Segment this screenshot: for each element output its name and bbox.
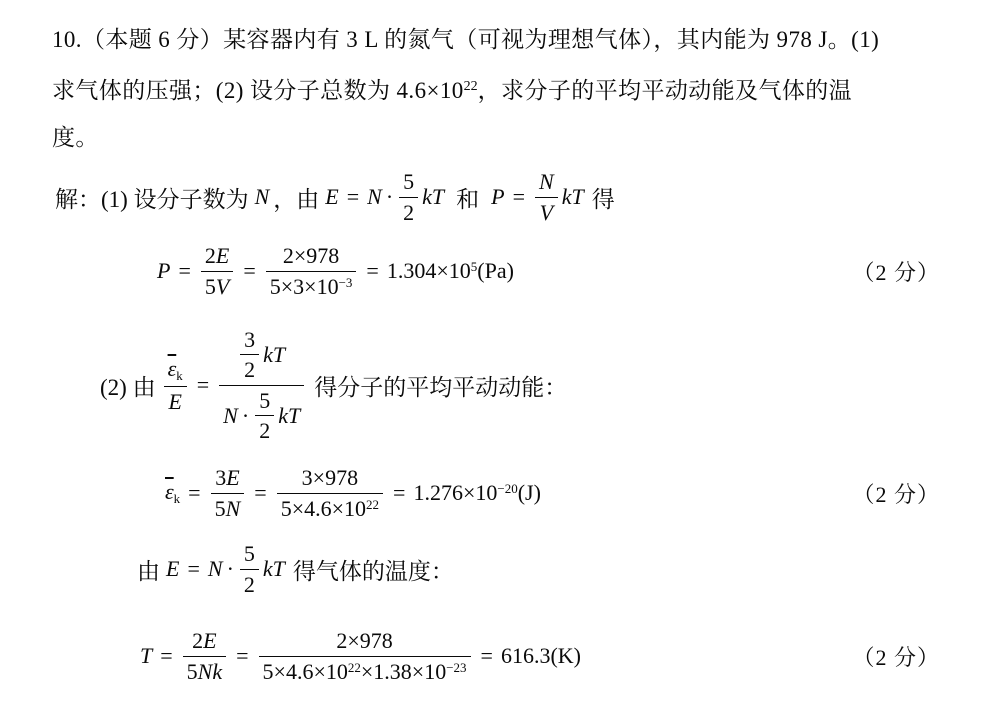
- coefficient: 2: [205, 243, 216, 268]
- den-expression: 5×4.6×1022×1.38×10−23: [263, 659, 467, 684]
- numerator: 5: [399, 169, 418, 197]
- step1-formula: 解：(1) 设分子数为 N ，由 E = N · 5 2 kT 和 P = N …: [55, 169, 615, 225]
- step1-suffix-text: 得: [592, 181, 615, 214]
- numerator: 2E: [201, 243, 233, 271]
- score-badge: （2 分）: [852, 256, 940, 287]
- problem-line-3: 度。: [52, 114, 966, 161]
- problem-statement: 10.（本题 6 分）某容器内有 3 L 的氮气（可视为理想气体），其内能为 9…: [52, 16, 966, 161]
- var-N: N: [223, 403, 238, 428]
- den-base: 5×4.6×10: [281, 496, 366, 521]
- fraction-N-V: N V: [535, 169, 558, 225]
- var-N: N: [208, 556, 223, 582]
- result-base: 1.276×10: [413, 480, 497, 505]
- den-base-2: ×1.38×10: [361, 659, 446, 684]
- coefficient: 2: [192, 628, 203, 653]
- fraction-5-2: 5 2: [255, 388, 274, 444]
- den-exponent: 22: [366, 497, 379, 512]
- cdot-operator: ·: [386, 184, 393, 210]
- numerator: εk: [164, 356, 187, 387]
- den-base: 5×3×10: [270, 274, 339, 299]
- solution-step3-intro: 由 E = N · 5 2 kT 得气体的温度：: [52, 537, 966, 601]
- denominator: 5Nk: [183, 657, 226, 684]
- numerator: 5: [255, 388, 274, 416]
- denominator: 2: [240, 355, 259, 382]
- solution-step1-intro: 解：(1) 设分子数为 N ，由 E = N · 5 2 kT 和 P = N …: [52, 163, 966, 231]
- fraction-numeric: 2×978 5×4.6×1022×1.38×10−23: [259, 628, 471, 684]
- var-E: E: [216, 243, 229, 268]
- fraction-5-2: 5 2: [399, 169, 418, 225]
- var-T: T: [140, 643, 152, 669]
- var-E: E: [325, 184, 338, 210]
- step3-prefix-text: 由: [137, 553, 160, 586]
- epsilon-bar-k: εk: [168, 356, 183, 384]
- var-E: E: [226, 465, 239, 490]
- denominator: 5×4.6×1022: [277, 494, 383, 521]
- equals-sign: =: [481, 643, 493, 669]
- var-E: E: [203, 628, 216, 653]
- epsilon-bar: ε: [168, 356, 177, 381]
- var-V: V: [216, 274, 229, 299]
- numerator: 2E: [183, 628, 226, 656]
- equals-sign: =: [243, 258, 255, 284]
- equals-sign: =: [197, 372, 209, 398]
- var-kT: kT: [263, 342, 285, 367]
- numerator: 3E: [211, 465, 245, 493]
- equals-sign: =: [513, 184, 525, 210]
- var-kT: kT: [278, 403, 300, 428]
- cdot-operator: ·: [227, 556, 234, 582]
- coefficient: 5: [215, 496, 226, 521]
- fraction-2E-5Nk: 2E 5Nk: [183, 628, 226, 684]
- equals-sign: =: [178, 258, 190, 284]
- pressure-equation: P = 2E 5V = 2×978 5×3×10−3 = 1.304×105(P…: [157, 243, 514, 299]
- problem-line-2-cont: ，求分子的平均平动动能及气体的温: [478, 78, 852, 103]
- result-unit: (J): [518, 480, 541, 505]
- denominator: 2: [399, 198, 418, 225]
- den-expression: 5×3×10−3: [270, 274, 353, 299]
- den-exponent-1: 22: [348, 660, 361, 675]
- denominator: V: [535, 198, 558, 225]
- step2-suffix-text: 得分子的平均平动动能：: [314, 369, 567, 402]
- coefficient: 3: [215, 465, 226, 490]
- numerator: 3: [240, 327, 259, 355]
- var-N: N: [255, 184, 270, 210]
- subscript-k: k: [176, 368, 183, 383]
- result-unit: (Pa): [477, 258, 514, 283]
- document-page: 10.（本题 6 分）某容器内有 3 L 的氮气（可视为理想气体），其内能为 9…: [0, 0, 996, 718]
- fraction-2E-5V: 2E 5V: [201, 243, 233, 299]
- fraction-epsilon-E: εk E: [164, 356, 187, 414]
- numerator: N: [535, 169, 558, 197]
- denominator: 5N: [211, 494, 245, 521]
- equals-sign: =: [188, 480, 200, 506]
- problem-line-2: 求气体的压强；(2) 设分子总数为 4.6×1022，求分子的平均平动动能及气体…: [52, 63, 966, 114]
- var-N: N: [367, 184, 382, 210]
- coefficient: 5: [205, 274, 216, 299]
- equals-sign: =: [187, 556, 199, 582]
- equals-sign: =: [160, 643, 172, 669]
- equals-sign: =: [347, 184, 359, 210]
- pressure-result: 1.304×105(Pa): [387, 258, 514, 284]
- fraction-numeric: 2×978 5×3×10−3: [266, 243, 357, 299]
- numerator: 2×978: [266, 243, 357, 271]
- step1-prefix-text: 解：(1) 设分子数为: [55, 181, 249, 214]
- den-expression: 5×4.6×1022: [281, 496, 379, 521]
- numerator: 5: [240, 541, 259, 569]
- denominator: 2: [240, 570, 259, 597]
- fraction-3E-5N: 3E 5N: [211, 465, 245, 521]
- and-word: 和: [456, 181, 479, 214]
- equals-sign: =: [393, 480, 405, 506]
- den-exponent-2: −23: [446, 660, 466, 675]
- var-kT: kT: [263, 556, 285, 582]
- var-Nk: Nk: [198, 659, 222, 684]
- numerator: 3 2 kT: [219, 327, 304, 386]
- temperature-equation: T = 2E 5Nk = 2×978 5×4.6×1022×1.38×10−23…: [140, 628, 581, 684]
- step1-comma-by: ，由: [273, 181, 319, 214]
- pressure-equation-row: P = 2E 5V = 2×978 5×3×10−3 = 1.304×105(P…: [52, 237, 966, 305]
- temperature-result: 616.3(K): [501, 643, 581, 669]
- equals-sign: =: [254, 480, 266, 506]
- numerator: 3×978: [277, 465, 383, 493]
- step2-prefix-text: (2) 由: [100, 369, 156, 402]
- epsilon-bar: ε: [165, 479, 174, 504]
- problem-line-1: 10.（本题 6 分）某容器内有 3 L 的氮气（可视为理想气体），其内能为 9…: [52, 16, 966, 63]
- exponent-22: 22: [464, 79, 478, 94]
- step3-formula: 由 E = N · 5 2 kT 得气体的温度：: [137, 541, 454, 597]
- fraction-3-2: 3 2: [240, 327, 259, 383]
- den-base-1: 5×4.6×10: [263, 659, 348, 684]
- var-kT: kT: [562, 184, 584, 210]
- solution-step2-intro: (2) 由 εk E = 3 2 kT N · 5: [52, 325, 966, 445]
- denominator: E: [164, 387, 187, 414]
- var-N: N: [226, 496, 241, 521]
- denominator: N · 5 2 kT: [219, 386, 304, 444]
- temperature-equation-row: T = 2E 5Nk = 2×978 5×4.6×1022×1.38×10−23…: [52, 623, 966, 689]
- score-badge: （2 分）: [852, 641, 940, 672]
- subscript-k: k: [174, 491, 181, 506]
- equals-sign: =: [236, 643, 248, 669]
- denominator: 5×3×10−3: [266, 272, 357, 299]
- result-exponent: −20: [497, 481, 517, 496]
- problem-line-2-text: 求气体的压强；(2) 设分子总数为 4.6×10: [52, 78, 464, 103]
- var-E: E: [166, 556, 179, 582]
- epsilon-bar-k: εk: [165, 479, 180, 507]
- result-base: 1.304×10: [387, 258, 471, 283]
- den-exponent: −3: [339, 275, 353, 290]
- numerator: 2×978: [259, 628, 471, 656]
- denominator: 5V: [201, 272, 233, 299]
- denominator: 5×4.6×1022×1.38×10−23: [259, 657, 471, 684]
- var-kT: kT: [422, 184, 444, 210]
- coefficient: 5: [187, 659, 198, 684]
- kinetic-energy-result: 1.276×10−20(J): [413, 480, 540, 506]
- var-P: P: [491, 184, 504, 210]
- step2-formula: (2) 由 εk E = 3 2 kT N · 5: [100, 327, 567, 443]
- cdot-operator: ·: [242, 403, 249, 428]
- denominator: 2: [255, 416, 274, 443]
- step3-suffix-text: 得气体的温度：: [293, 553, 454, 586]
- score-badge: （2 分）: [852, 478, 940, 509]
- kinetic-energy-equation-row: εk = 3E 5N = 3×978 5×4.6×1022 = 1.276×10…: [52, 463, 966, 523]
- equals-sign: =: [366, 258, 378, 284]
- fraction-5-2: 5 2: [240, 541, 259, 597]
- var-P: P: [157, 258, 170, 284]
- fraction-numeric: 3×978 5×4.6×1022: [277, 465, 383, 521]
- big-ratio-fraction: 3 2 kT N · 5 2 kT: [219, 327, 304, 443]
- kinetic-energy-equation: εk = 3E 5N = 3×978 5×4.6×1022 = 1.276×10…: [165, 465, 541, 521]
